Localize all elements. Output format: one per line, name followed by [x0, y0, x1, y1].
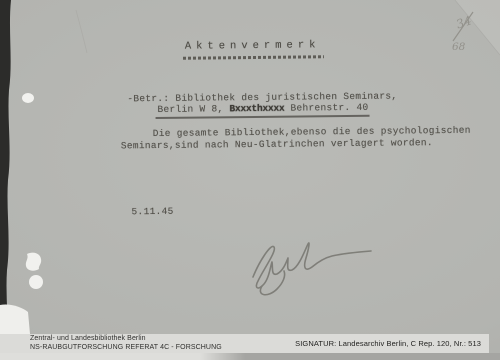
- crossed-out-word: Bxxxthxxxx: [229, 103, 284, 115]
- document-scan: 34 68 Aktenvermerk -Betr.: Bibliothek de…: [0, 0, 500, 360]
- institution-block: Zentral- und Landesbibliothek Berlin NS-…: [30, 335, 222, 352]
- archive-caption-bar: Zentral- und Landesbibliothek Berlin NS-…: [0, 334, 489, 353]
- memo-title: Aktenvermerk: [185, 39, 321, 52]
- subject-line-2: Berlin W 8, Bxxxthxxxx Behrenstr. 40: [157, 102, 368, 115]
- typewritten-content: Aktenvermerk -Betr.: Bibliothek des juri…: [0, 0, 500, 360]
- title-underline: [183, 55, 324, 59]
- subject-underline: [156, 115, 370, 119]
- subject-address-prefix: Berlin W 8,: [157, 103, 229, 115]
- institution-name: Zentral- und Landesbibliothek Berlin: [30, 335, 222, 344]
- memo-date: 5.11.45: [131, 206, 173, 217]
- scan-bottom-edge: [0, 353, 500, 360]
- archive-signature-ref: SIGNATUR: Landesarchiv Berlin, C Rep. 12…: [295, 339, 481, 348]
- subject-address-suffix: Behrenstr. 40: [284, 102, 368, 114]
- institution-department: NS-RAUBGUTFORSCHUNG REFERAT 4C - FORSCHU…: [30, 344, 222, 353]
- body-line-2: Seminars,sind nach Neu-Glatrinchen verla…: [121, 137, 433, 151]
